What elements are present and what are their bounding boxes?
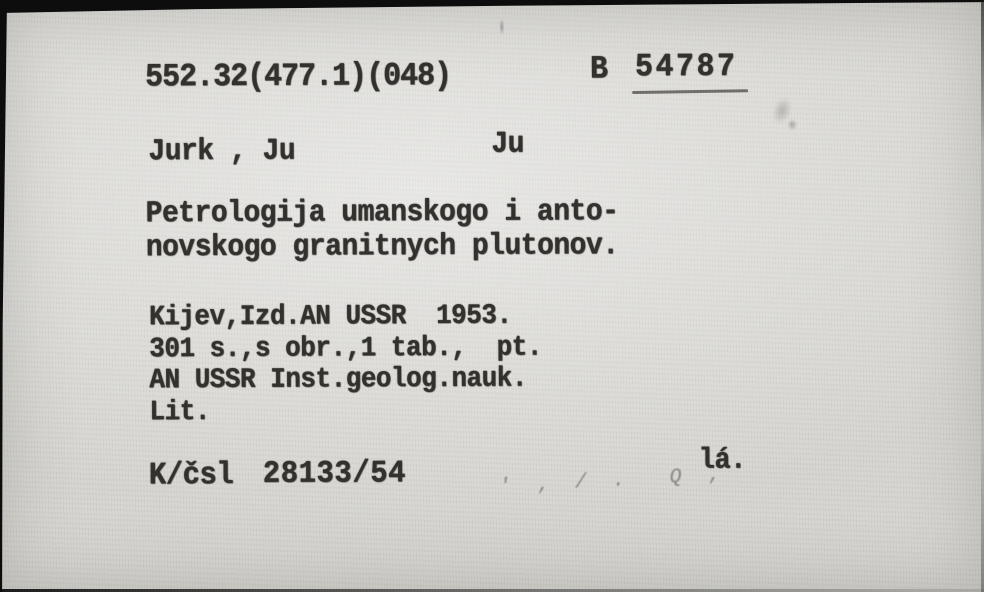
shelfmark-underline	[632, 89, 748, 94]
author-heading: Jurk , Ju	[148, 135, 295, 169]
pencil-tick	[499, 16, 505, 38]
ink-smudge	[763, 88, 801, 134]
pencil-annotation: ′ ‚ / . Q ‚	[498, 467, 659, 499]
shelfmark-number: 54787	[635, 49, 738, 86]
title-line-2: novskogo granitnych plutonov.	[146, 229, 619, 265]
classification-number: 552.32(477.1)(048)	[145, 58, 451, 96]
accession-number: 28133/54	[263, 455, 406, 491]
accession-prefix: K/čsl	[149, 457, 234, 493]
scanned-catalog-card: 552.32(477.1)(048) B 54787 Jurk , Ju Ju …	[0, 0, 984, 592]
imprint-line: Kijev,Izd.AN USSR 1953.	[149, 299, 512, 333]
shelfmark-letter: B	[590, 51, 608, 88]
bibliography-note: Lit.	[149, 395, 210, 428]
series-note: AN USSR Inst.geolog.nauk.	[149, 362, 527, 396]
card-content: 552.32(477.1)(048) B 54787 Jurk , Ju Ju …	[0, 0, 984, 592]
title-line-1: Petrologija umanskogo i anto-	[146, 195, 619, 231]
collation-line: 301 s.,s obr.,1 tab., pt.	[149, 331, 542, 365]
ink-smudge-dot	[785, 117, 799, 133]
author-note: Ju	[491, 128, 524, 162]
